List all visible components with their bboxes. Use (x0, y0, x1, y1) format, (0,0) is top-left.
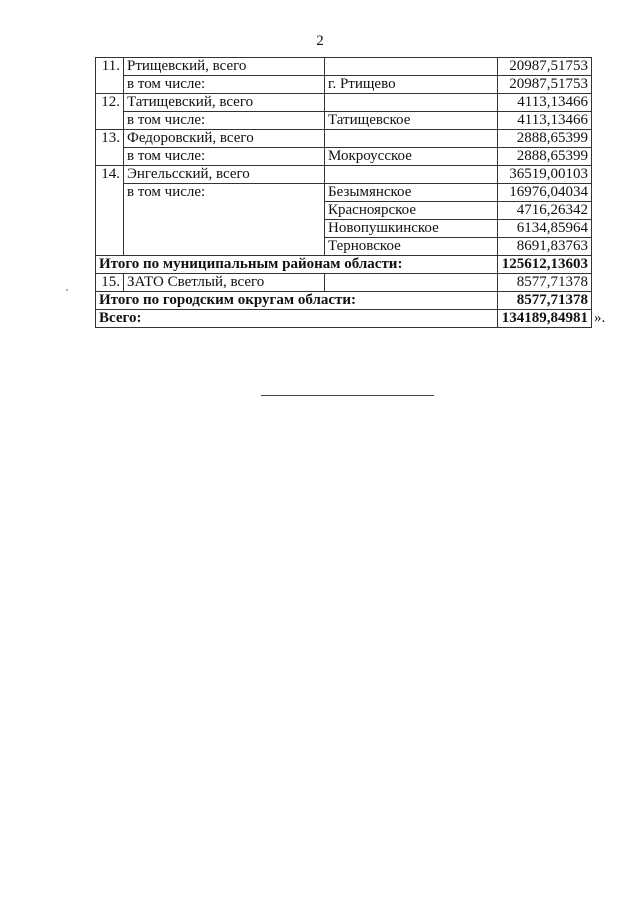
table-row: 11. Ртищевский, всего 20987,51753 (96, 58, 592, 76)
row-number (96, 238, 124, 256)
table-row: в том числе: Мокроусское 2888,65399 (96, 148, 592, 166)
amount: 8691,83763 (498, 238, 592, 256)
row-number: 12. (96, 94, 124, 112)
grand-total-row: Всего: 134189,84981 (96, 310, 592, 328)
subtotal-row-municipal: Итого по муниципальным районам области: … (96, 256, 592, 274)
settlement-name (325, 130, 498, 148)
grand-total-amount: 134189,84981 (498, 310, 592, 328)
district-name: в том числе: (124, 148, 325, 166)
amount: 8577,71378 (498, 274, 592, 292)
closing-quote-mark: ». (594, 310, 605, 327)
amount: 6134,85964 (498, 220, 592, 238)
table-row: Новопушкинское 6134,85964 (96, 220, 592, 238)
settlement-name: Новопушкинское (325, 220, 498, 238)
row-number (96, 148, 124, 166)
settlement-name: Татищевское (325, 112, 498, 130)
settlement-name (325, 94, 498, 112)
district-name: в том числе: (124, 184, 325, 202)
settlement-name: Безымянское (325, 184, 498, 202)
row-number: 14. (96, 166, 124, 184)
amount: 4113,13466 (498, 94, 592, 112)
amount: 36519,00103 (498, 166, 592, 184)
table-row: Терновское 8691,83763 (96, 238, 592, 256)
table-row: 13. Федоровский, всего 2888,65399 (96, 130, 592, 148)
grand-total-label: Всего: (96, 310, 498, 328)
settlement-name (325, 166, 498, 184)
subtotal-amount: 8577,71378 (498, 292, 592, 310)
amount: 20987,51753 (498, 76, 592, 94)
amount: 2888,65399 (498, 130, 592, 148)
settlement-name: Мокроусское (325, 148, 498, 166)
amount: 16976,04034 (498, 184, 592, 202)
table-row: 12. Татищевский, всего 4113,13466 (96, 94, 592, 112)
district-name: Татищевский, всего (124, 94, 325, 112)
subtotal-label: Итого по городским округам области: (96, 292, 498, 310)
row-number (96, 76, 124, 94)
separator-line (261, 395, 434, 396)
table-row: 15. ЗАТО Светлый, всего 8577,71378 (96, 274, 592, 292)
table-row: в том числе: Безымянское 16976,04034 (96, 184, 592, 202)
amount: 20987,51753 (498, 58, 592, 76)
district-name: в том числе: (124, 112, 325, 130)
row-number (96, 184, 124, 202)
allocation-table: 11. Ртищевский, всего 20987,51753 в том … (95, 57, 592, 328)
row-number: 11. (96, 58, 124, 76)
amount: 4716,26342 (498, 202, 592, 220)
district-name (124, 220, 325, 238)
district-name: Ртищевский, всего (124, 58, 325, 76)
subtotal-row-urban: Итого по городским округам области: 8577… (96, 292, 592, 310)
table-row: в том числе: г. Ртищево 20987,51753 (96, 76, 592, 94)
district-name (124, 238, 325, 256)
row-number: 15. (96, 274, 124, 292)
settlement-name (325, 274, 498, 292)
district-name: в том числе: (124, 76, 325, 94)
settlement-name: Красноярское (325, 202, 498, 220)
settlement-name: г. Ртищево (325, 76, 498, 94)
settlement-name (325, 58, 498, 76)
row-number (96, 112, 124, 130)
scan-speck (66, 289, 68, 291)
amount: 4113,13466 (498, 112, 592, 130)
subtotal-label: Итого по муниципальным районам области: (96, 256, 498, 274)
row-number (96, 220, 124, 238)
page-number: 2 (0, 33, 640, 50)
table-row: 14. Энгельсский, всего 36519,00103 (96, 166, 592, 184)
table-row: в том числе: Татищевское 4113,13466 (96, 112, 592, 130)
district-name: Энгельсский, всего (124, 166, 325, 184)
district-name: Федоровский, всего (124, 130, 325, 148)
table-row: Красноярское 4716,26342 (96, 202, 592, 220)
row-number (96, 202, 124, 220)
amount: 2888,65399 (498, 148, 592, 166)
district-name (124, 202, 325, 220)
row-number: 13. (96, 130, 124, 148)
district-name: ЗАТО Светлый, всего (124, 274, 325, 292)
settlement-name: Терновское (325, 238, 498, 256)
subtotal-amount: 125612,13603 (498, 256, 592, 274)
